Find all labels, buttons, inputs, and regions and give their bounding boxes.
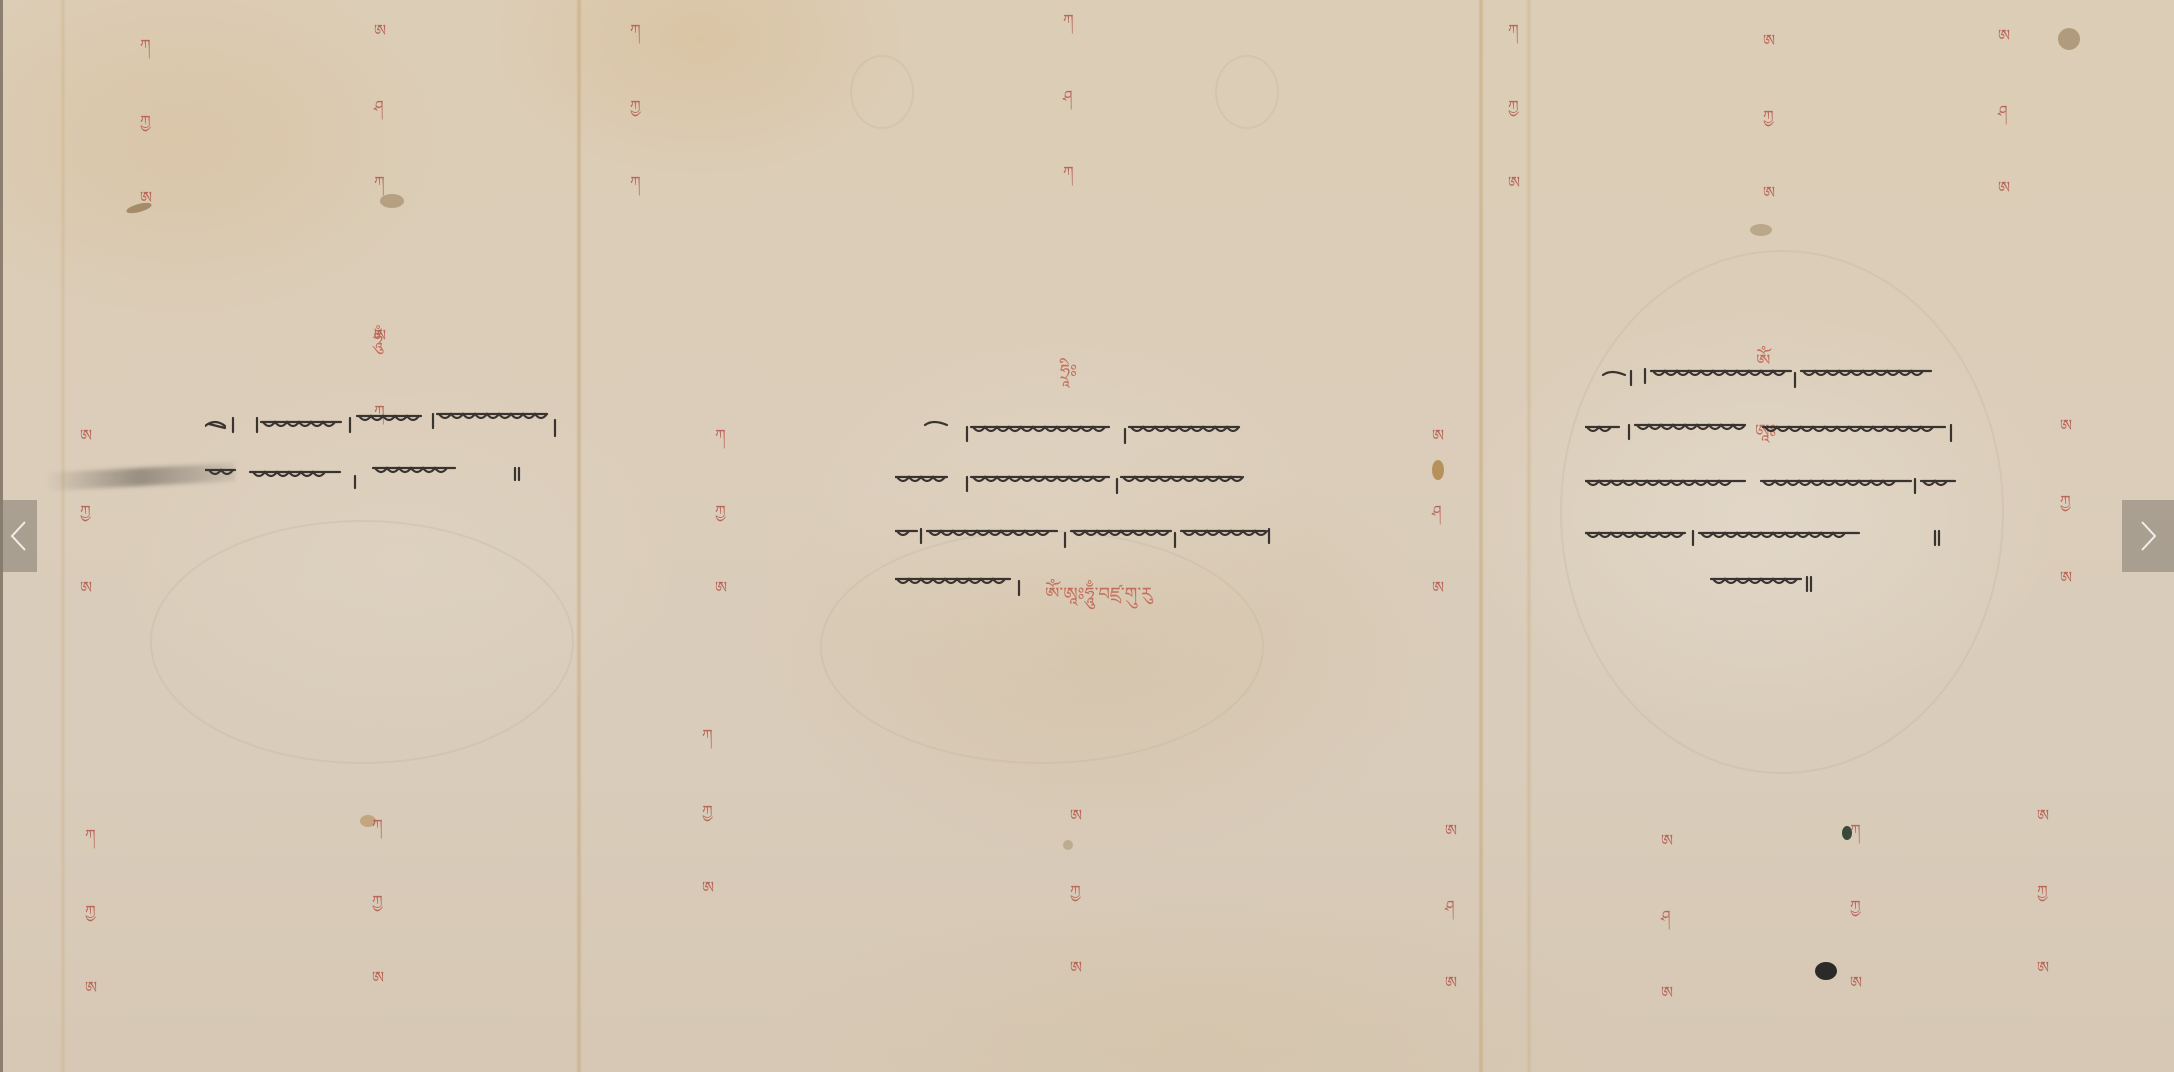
stain bbox=[1750, 224, 1772, 236]
red-syllable: ཀ bbox=[715, 418, 727, 464]
fold-line bbox=[576, 0, 582, 1072]
red-syllable: ཀྱ bbox=[80, 494, 92, 540]
red-syllable: ཤ bbox=[1445, 889, 1457, 935]
red-syllable: ཨ bbox=[1763, 23, 1775, 69]
red-syllable-column: ཨཀྱཨ bbox=[1070, 800, 1082, 994]
red-syllable: ཀྱ bbox=[85, 894, 97, 940]
red-syllable-column: ཨཤཨ bbox=[1432, 420, 1444, 614]
red-syllable: ཤ bbox=[1661, 899, 1673, 945]
inscription-center bbox=[895, 415, 1275, 605]
chevron-left-icon bbox=[9, 519, 29, 553]
red-syllable: ཨ bbox=[2037, 798, 2049, 844]
red-syllable: ཤ bbox=[1998, 94, 2010, 140]
red-syllable: ཀ bbox=[85, 818, 97, 864]
red-syllable-column: ཀཀྱཨ bbox=[372, 810, 384, 1004]
red-syllable-column: ཀཀྱཨ bbox=[1508, 15, 1520, 209]
red-syllable: ཤ bbox=[374, 89, 386, 135]
red-syllable: ཤ bbox=[1432, 494, 1444, 540]
red-syllable: ཨ bbox=[1070, 798, 1082, 844]
stain bbox=[1815, 962, 1837, 980]
red-syllable-column: ཨཤཨ bbox=[1998, 20, 2010, 214]
red-syllable: ཨ bbox=[372, 960, 384, 1006]
red-syllable: ཀ bbox=[372, 808, 384, 854]
red-syllable-column: ཀཀྱཨ bbox=[140, 30, 152, 224]
red-syllable: ཨ bbox=[374, 13, 386, 59]
red-syllable: ཨ bbox=[80, 570, 92, 616]
fold-line bbox=[60, 0, 66, 1072]
previous-image-button[interactable]: Previous image bbox=[0, 500, 37, 572]
red-syllable: ཀྱ bbox=[702, 794, 714, 840]
red-syllable: ཨ bbox=[80, 418, 92, 464]
red-syllable-column: ཀཀྱཨ bbox=[85, 820, 97, 1014]
red-syllable: ཀ bbox=[1508, 13, 1520, 59]
red-syllable: ཨ bbox=[1763, 175, 1775, 221]
red-syllable: ཨ bbox=[702, 870, 714, 916]
red-syllable-column: ཀཀྱཨ bbox=[715, 420, 727, 614]
red-syllable: ཨ bbox=[1998, 170, 2010, 216]
red-syllable: ཨ bbox=[1432, 570, 1444, 616]
red-syllable: ཀ bbox=[630, 165, 641, 211]
red-syllable-column: ཨཀྱཨ bbox=[2060, 410, 2072, 604]
red-syllable: ཨ bbox=[1445, 813, 1457, 859]
inscription-right bbox=[1585, 365, 1965, 595]
red-syllable: ཨ bbox=[1508, 165, 1520, 211]
red-syllable: ཀ bbox=[374, 165, 386, 211]
red-syllable: ཨ bbox=[1998, 18, 2010, 64]
red-syllable-column: ཨཤཨ bbox=[1445, 815, 1457, 1009]
red-syllable: ཨ bbox=[2060, 408, 2072, 454]
red-syllable: ཀྱ bbox=[1763, 99, 1775, 145]
red-syllable: ཨ bbox=[1850, 965, 1862, 1011]
red-syllable-column: ཀཀྱཨ bbox=[702, 720, 714, 914]
red-syllable: ཨ bbox=[85, 970, 97, 1016]
red-syllable: ཀྱ bbox=[372, 884, 384, 930]
red-syllable: ཀ bbox=[630, 13, 641, 59]
red-seed-syllable: ཧྲཱིཿ bbox=[1060, 352, 1077, 402]
red-syllable: ཀྱ bbox=[715, 494, 727, 540]
red-syllable: ཨ bbox=[2060, 560, 2072, 606]
red-syllable: ཨ bbox=[1661, 823, 1673, 869]
red-syllable-column: ཨཤཀ bbox=[374, 15, 386, 209]
fold-line bbox=[1526, 0, 1532, 1072]
image-viewer: ཀཀྱཨཨཤཀཀཀྱཀཀཤཀཀཀྱཨཨཀྱཨཨཤཨཨཀྱཨཨཀཀཀྱཨཨཤཨཨཀ… bbox=[0, 0, 2174, 1072]
red-syllable-column: ཨཀྱཨ bbox=[80, 420, 92, 614]
red-seed-syllable: ཧཱུྃ bbox=[373, 320, 383, 370]
red-syllable: ཀྱ bbox=[140, 104, 152, 150]
red-syllable: ཨ bbox=[715, 570, 727, 616]
red-syllable-column: ཨཀྱཨ bbox=[2037, 800, 2049, 994]
red-syllable: ཨ bbox=[1432, 418, 1444, 464]
red-syllable-column: ཨཤཨ bbox=[1661, 825, 1673, 1019]
chevron-right-icon bbox=[2138, 519, 2158, 553]
red-syllable: ཀ bbox=[702, 718, 714, 764]
red-syllable: ཀྱ bbox=[1070, 874, 1082, 920]
red-syllable: ཨ bbox=[140, 180, 152, 226]
red-syllable: ཀ bbox=[140, 28, 152, 74]
red-syllable: ཀ bbox=[1850, 813, 1862, 859]
red-syllable: ཀྱ bbox=[1850, 889, 1862, 935]
red-syllable: ཨ bbox=[1070, 950, 1082, 996]
red-syllable-column: ཀཀྱཨ bbox=[1850, 815, 1862, 1009]
inscription-left bbox=[205, 400, 575, 510]
halo-outline bbox=[150, 520, 574, 764]
red-syllable: ཀྱ bbox=[1508, 89, 1520, 135]
halo-outline bbox=[850, 55, 914, 129]
red-syllable: ཨ bbox=[1445, 965, 1457, 1011]
red-syllable: ཀྱ bbox=[2037, 874, 2049, 920]
red-syllable-column: ཨཀྱཨ bbox=[1763, 25, 1775, 219]
red-syllable: ཀ bbox=[1063, 3, 1074, 49]
next-image-button[interactable]: Next image bbox=[2122, 500, 2174, 572]
red-syllable: ཨ bbox=[2037, 950, 2049, 996]
red-syllable: ཀྱ bbox=[2060, 484, 2072, 530]
stain bbox=[2058, 28, 2080, 50]
red-syllable: ཀ bbox=[1063, 155, 1074, 201]
red-syllable: ཨ bbox=[1661, 975, 1673, 1021]
red-syllable: ཀྱ bbox=[630, 89, 641, 135]
halo-outline bbox=[1215, 55, 1279, 129]
red-syllable: ཤ bbox=[1063, 79, 1074, 125]
fold-line bbox=[1478, 0, 1484, 1072]
manuscript-image: ཀཀྱཨཨཤཀཀཀྱཀཀཤཀཀཀྱཨཨཀྱཨཨཤཨཨཀྱཨཨཀཀཀྱཨཨཤཨཨཀ… bbox=[0, 0, 2174, 1072]
red-syllable-column: ཀཤཀ bbox=[1063, 5, 1074, 199]
red-syllable-column: ཀཀྱཀ bbox=[630, 15, 641, 209]
